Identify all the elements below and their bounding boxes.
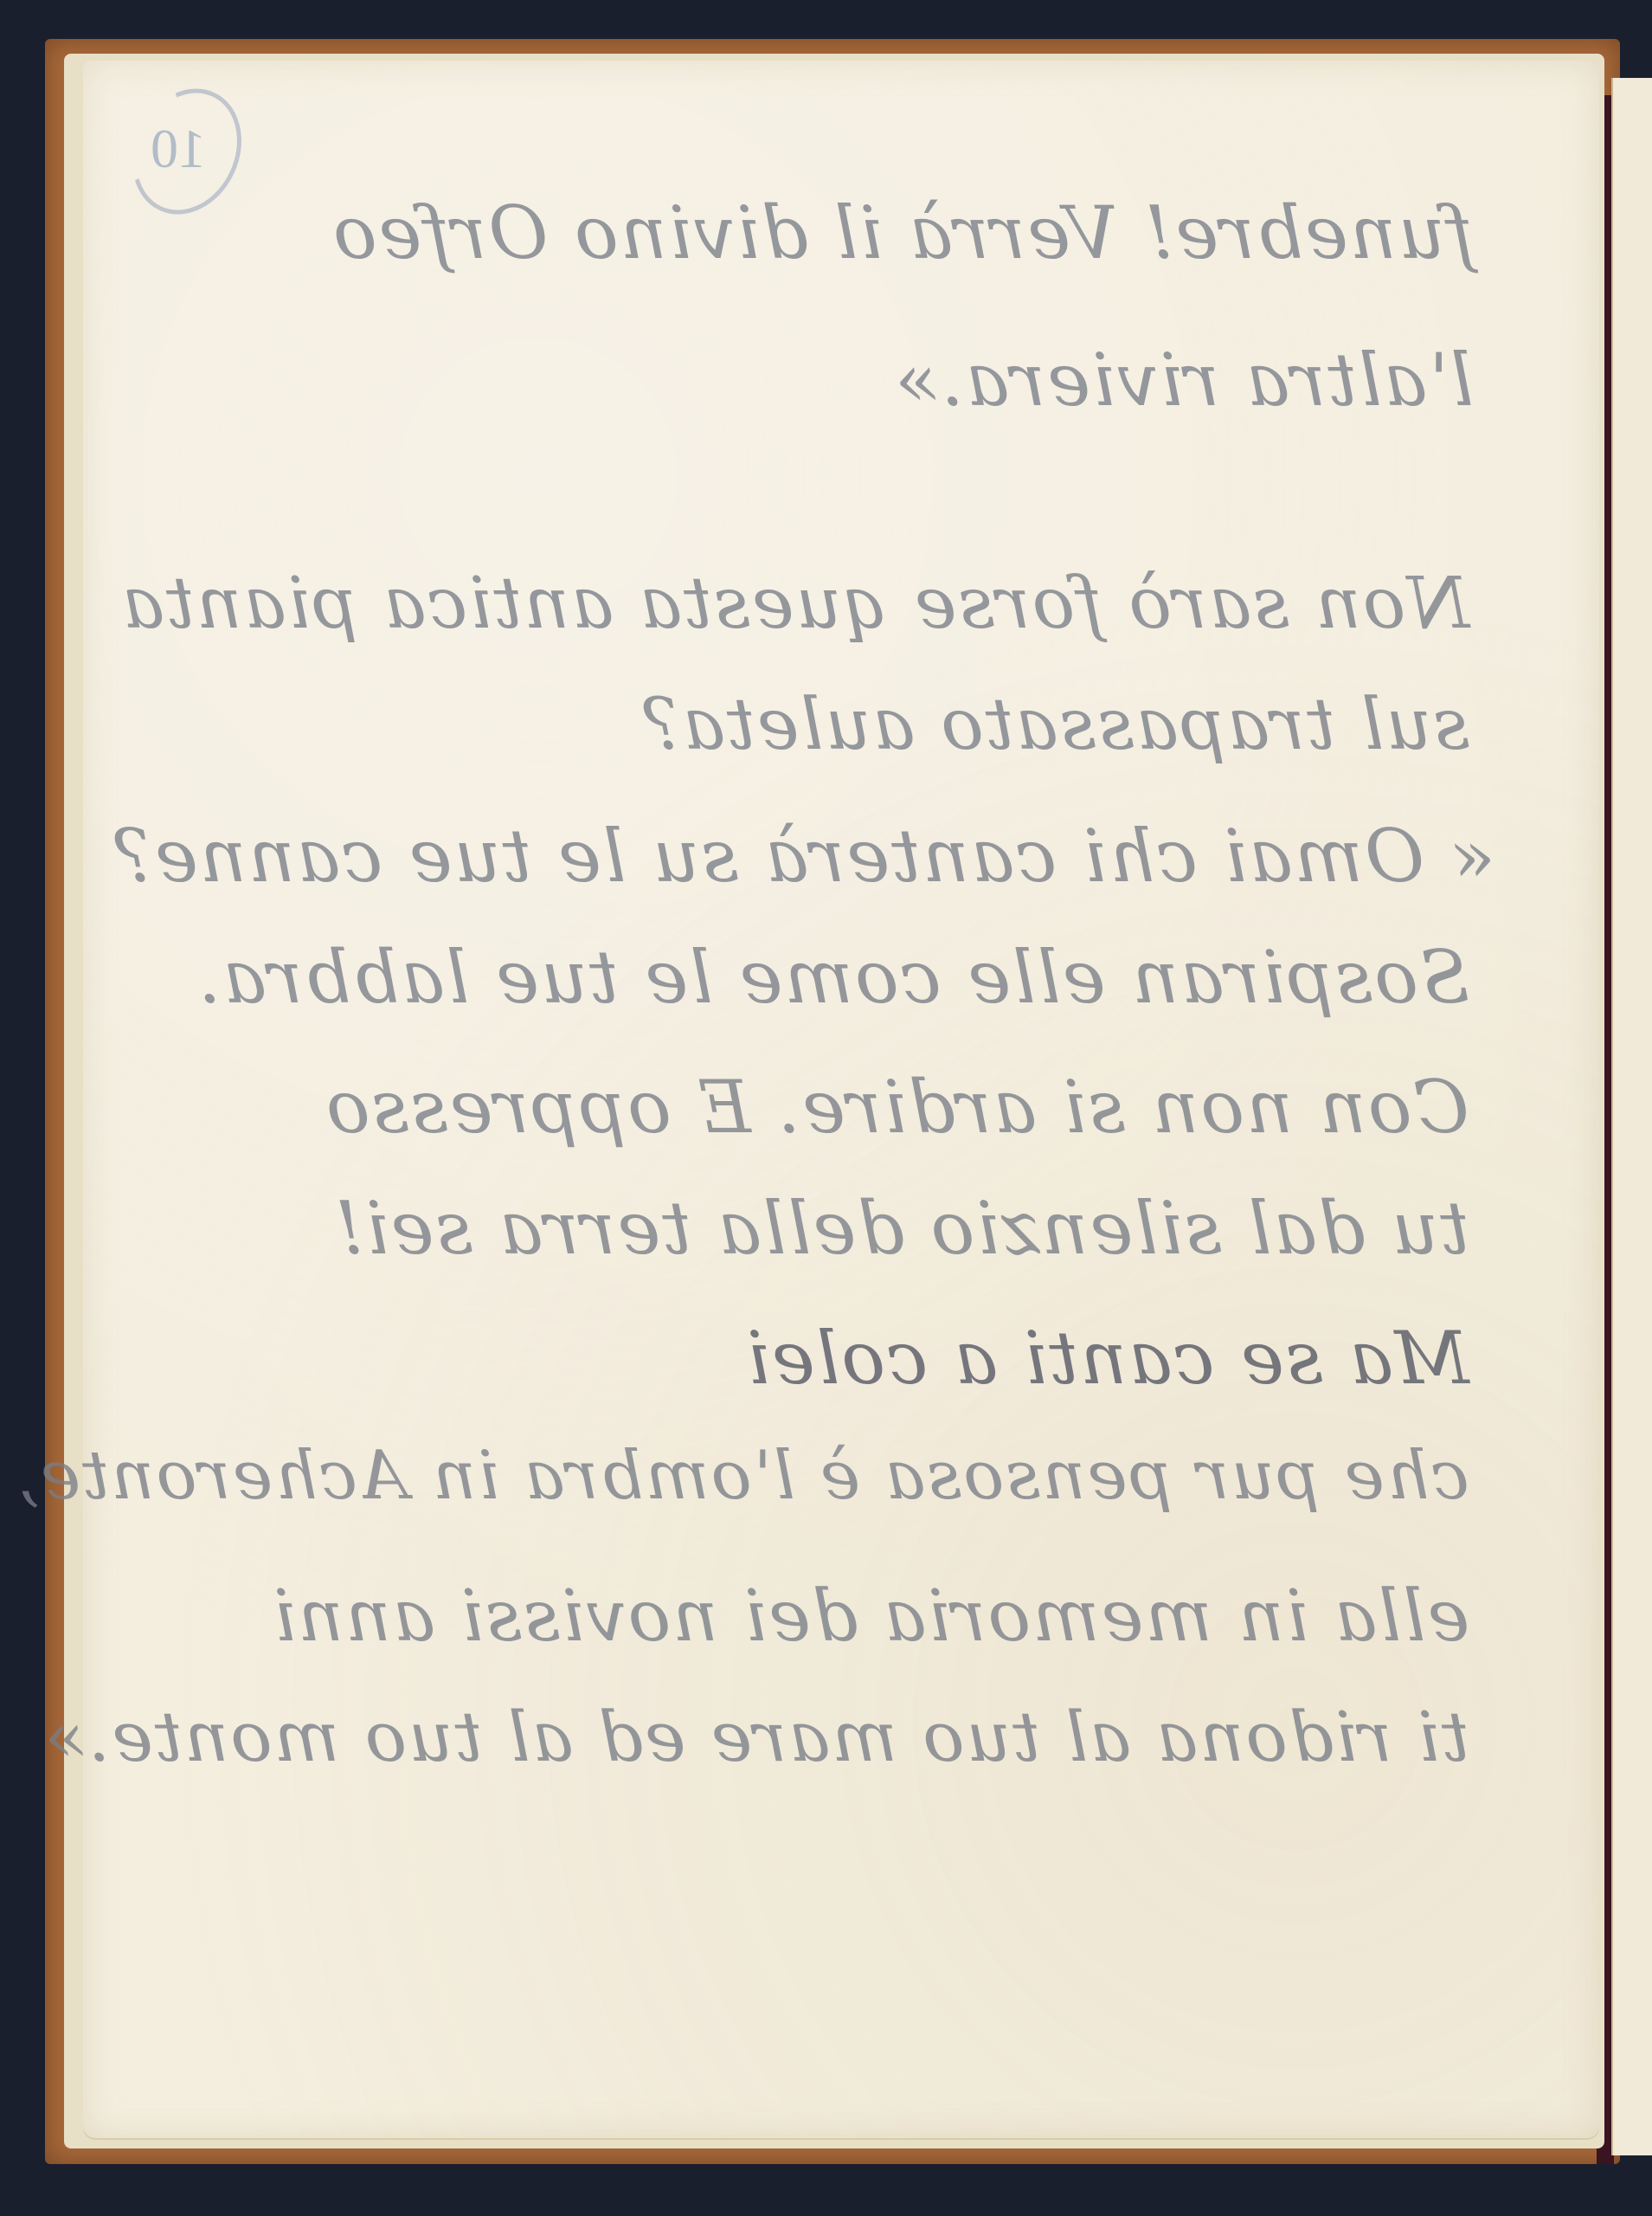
manuscript-line-4: sul trapassato auleta? — [641, 684, 1469, 766]
manuscript-line-1: funebre! Verrà il divino Orfeo — [331, 190, 1474, 275]
adjacent-page-edge — [1611, 78, 1652, 2155]
manuscript-line-5: « Omai chi canterà su le tue canne? — [112, 814, 1495, 899]
manuscript-line-3: Non sarò forse questa antica pianta — [120, 563, 1469, 645]
manuscript-line-8: tu dal silenzio della terra sei! — [333, 1186, 1469, 1271]
manuscript-line-12: ti ridona al tuo mare ed al tuo monte.» — [42, 1697, 1469, 1777]
manuscript-line-7: Con non si ardire. E oppresso — [325, 1065, 1469, 1150]
folio-number-mark: 10 — [135, 87, 247, 199]
manuscript-page: 10 funebre! Verrà il divino Orfeo l'altr… — [83, 61, 1599, 2138]
folio-number: 10 — [151, 117, 206, 181]
manuscript-line-11: ella in memoria dei novissi anni — [272, 1575, 1469, 1658]
manuscript-line-6: Sospiran elle come le tue labbra. — [196, 935, 1469, 1020]
manuscript-line-9: Ma se canti a colei — [745, 1316, 1469, 1401]
manuscript-line-2: l'altra riviera.» — [893, 338, 1474, 422]
manuscript-line-10: che pur pensosa è l'ombra in Acheronte, — [16, 1437, 1469, 1515]
